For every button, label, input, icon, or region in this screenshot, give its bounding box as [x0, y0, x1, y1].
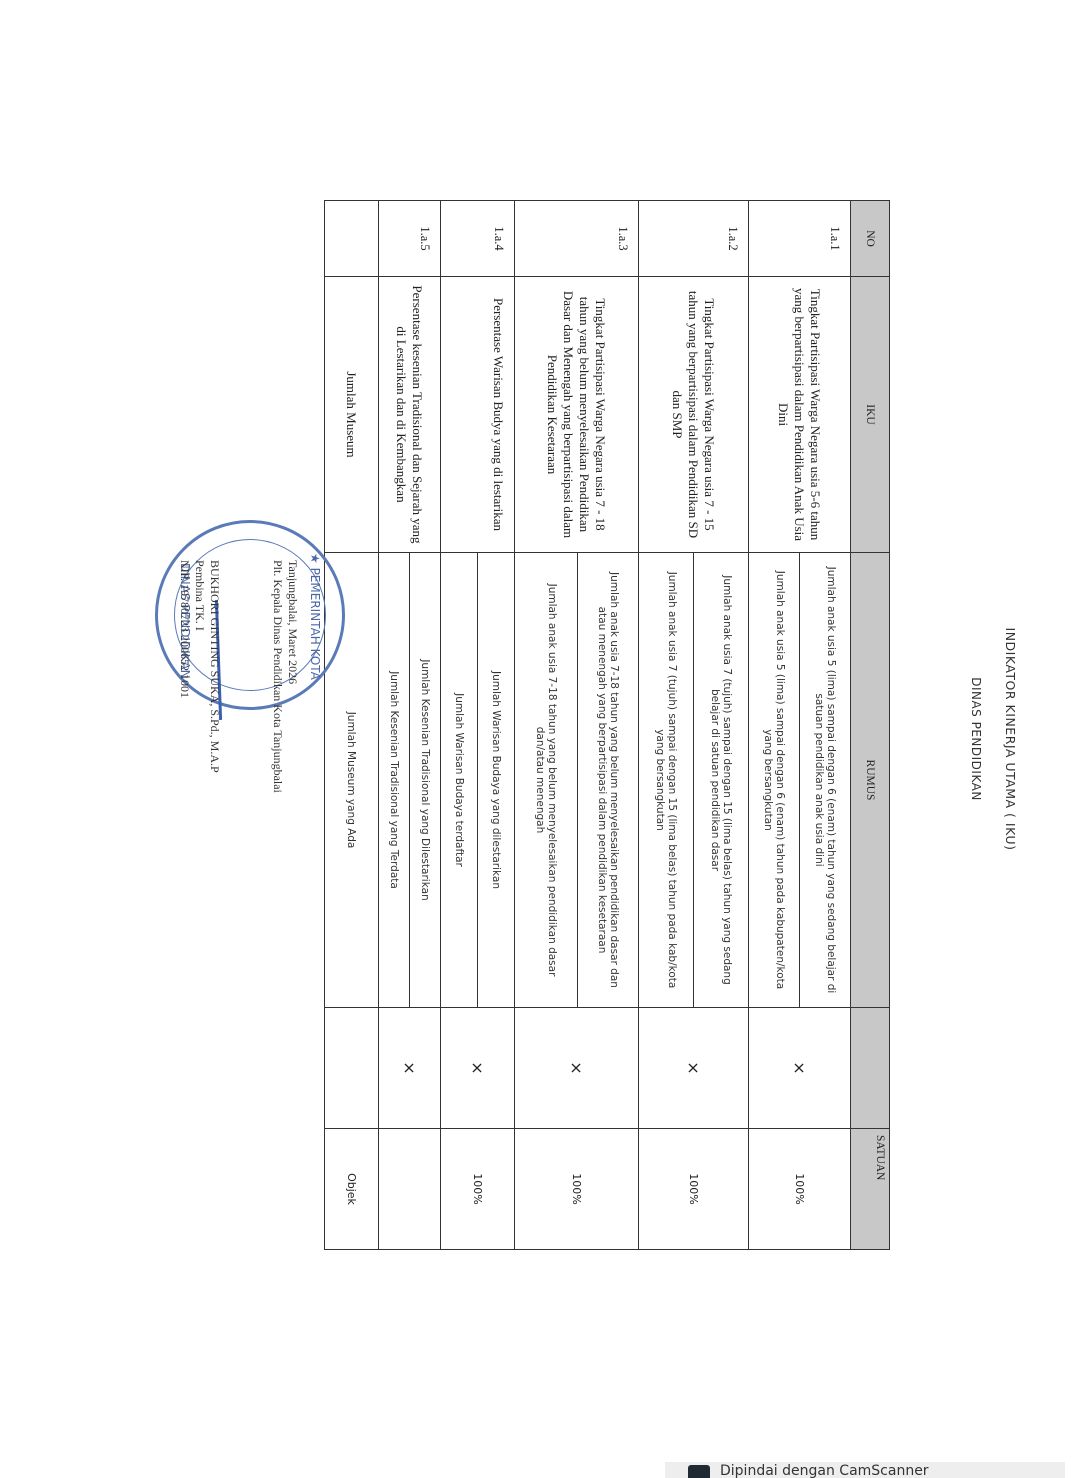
table-header-row: NO IKU RUMUS SATUAN [851, 201, 890, 1250]
row-no: 1.a.5 [379, 201, 441, 277]
row-satuan [379, 1129, 441, 1250]
signature-nip: NIP. 19780723 200652 1001 [177, 560, 192, 793]
stamp-top-text: ★ PEMERINTAH KOTA [308, 553, 322, 680]
row-satuan: 100% [749, 1129, 851, 1250]
row-denominator: Jumlah anak usia 5 (lima) sampai dengan … [749, 553, 800, 1008]
table-row: Jumlah Museum Jumlah Museum yang Ada Obj… [325, 201, 379, 1250]
signature-name: BUKHORI GINTING SUKA, S.Pd., M.A.P [207, 560, 222, 793]
header-satuan: SATUAN [851, 1129, 890, 1250]
signature-position: Plt. Kepala Dinas Pendidikan Kota Tanjun… [270, 560, 285, 793]
row-satuan: 100% [639, 1129, 749, 1250]
header-rumus: RUMUS [851, 553, 890, 1008]
table-row: 1.a.4 Persentase Warisan Budya yang di l… [478, 201, 515, 1250]
signature-place-date: Tanjungbalai, Maret 2026 [285, 560, 300, 793]
row-iku: Persentase kesenian Tradisional dan Seja… [379, 277, 441, 553]
document-title: INDIKATOR KINERJA UTAMA ( IKU) [1003, 0, 1018, 1478]
row-denominator: Jumlah anak usia 7-18 tahun yang belum m… [515, 553, 578, 1008]
row-iku: Jumlah Museum [325, 277, 379, 553]
row-denominator: Jumlah Warisan Budaya terdaftar [441, 553, 478, 1008]
scanner-logo-icon [688, 1465, 710, 1478]
rotated-document-page: INDIKATOR KINERJA UTAMA ( IKU) DINAS PEN… [0, 0, 1080, 1478]
multiply-sign: × [515, 1008, 639, 1129]
row-no: 1.a.3 [515, 201, 639, 277]
multiply-sign: × [749, 1008, 851, 1129]
multiply-sign: × [441, 1008, 515, 1129]
row-no [325, 201, 379, 277]
row-denominator: Jumlah anak usia 7 (tujuh) sampai dengan… [639, 553, 694, 1008]
table-row: 1.a.3 Tingkat Partisipasi Warga Negara u… [578, 201, 639, 1250]
table-row: 1.a.2 Tingkat Partisipasi Warga Negara u… [694, 201, 749, 1250]
row-no: 1.a.2 [639, 201, 749, 277]
row-iku: Tingkat Partisipasi Warga Negara usia 5-… [749, 277, 851, 553]
table-row: 1.a.1 Tingkat Partisipasi Warga Negara u… [800, 201, 851, 1250]
row-operator [325, 1008, 379, 1129]
iku-table: NO IKU RUMUS SATUAN 1.a.1 Tingkat Partis… [324, 200, 890, 1250]
signature-block: Tanjungbalai, Maret 2026 Plt. Kepala Din… [177, 560, 300, 793]
row-satuan: 100% [515, 1129, 639, 1250]
header-operator [851, 1008, 890, 1129]
header-iku: IKU [851, 277, 890, 553]
table-row: 1.a.5 Persentase kesenian Tradisional da… [410, 201, 441, 1250]
row-numerator: Jumlah anak usia 5 (lima) sampai dengan … [800, 553, 851, 1008]
scanner-banner-text: Dipindai dengan CamScanner [720, 1464, 929, 1478]
row-no: 1.a.4 [441, 201, 515, 277]
scanner-watermark-banner: Dipindai dengan CamScanner [665, 1462, 1065, 1478]
row-iku: Tingkat Partisipasi Warga Negara usia 7 … [639, 277, 749, 553]
multiply-sign: × [639, 1008, 749, 1129]
signature-rank: Pembina TK. I [192, 560, 207, 793]
row-satuan: 100% [441, 1129, 515, 1250]
document-subtitle: DINAS PENDIDIKAN [969, 0, 983, 1478]
header-no: NO [851, 201, 890, 277]
row-iku: Persentase Warisan Budya yang di lestari… [441, 277, 515, 553]
row-denominator: Jumlah Kesenian Tradisional yang Terdata [379, 553, 410, 1008]
row-numerator: Jumlah anak usia 7 (tujuh) sampai dengan… [694, 553, 749, 1008]
row-iku: Tingkat Partisipasi Warga Negara usia 7 … [515, 277, 639, 553]
row-numerator: Jumlah Kesenian Tradisional yang Dilesta… [410, 553, 441, 1008]
row-numerator: Jumlah anak usia 7-18 tahun yang belum m… [578, 553, 639, 1008]
row-numerator: Jumlah Warisan Budaya yang dilestarikan [478, 553, 515, 1008]
row-satuan: Objek [325, 1129, 379, 1250]
multiply-sign: × [379, 1008, 441, 1129]
row-no: 1.a.1 [749, 201, 851, 277]
